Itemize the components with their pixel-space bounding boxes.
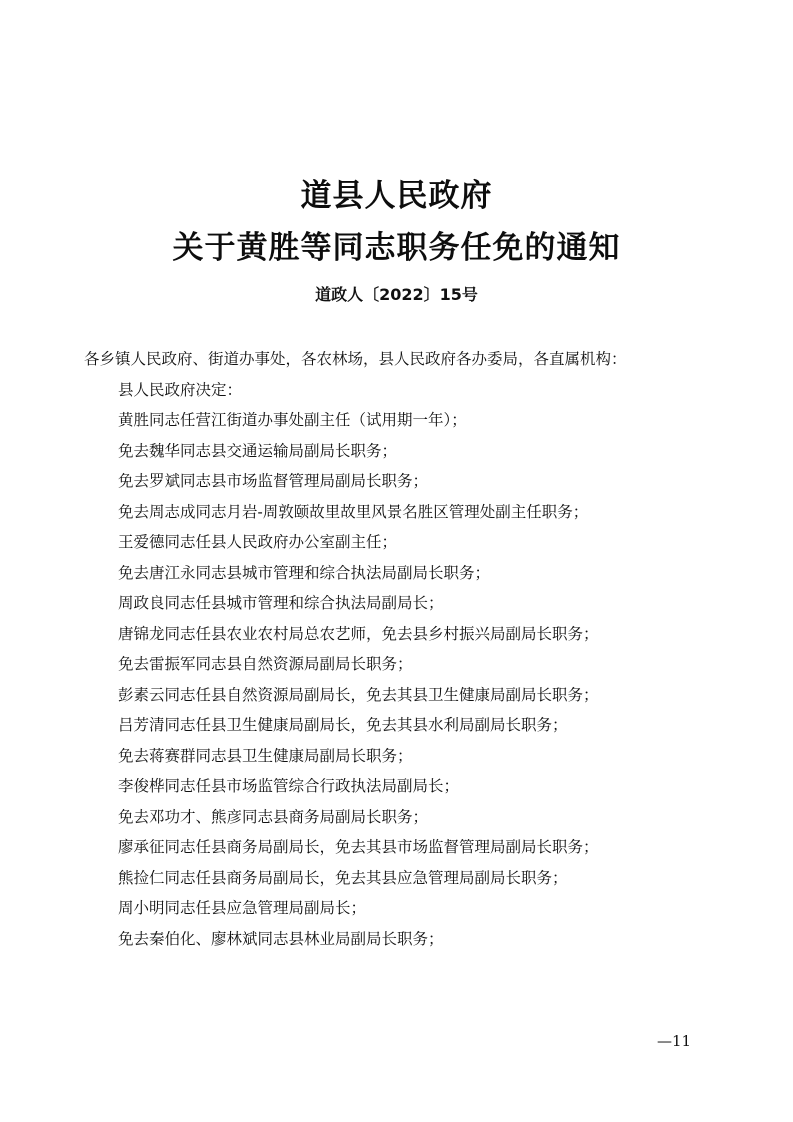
- paragraph: 免去唐江永同志县城市管理和综合执法局副局长职务；: [84, 558, 724, 589]
- paragraph: 免去周志成同志月岩-周敦颐故里故里风景名胜区管理处副主任职务；: [84, 497, 724, 528]
- paragraph: 免去邓功才、熊彦同志县商务局副局长职务；: [84, 802, 724, 833]
- paragraph: 廖承征同志任县商务局副局长，免去其县市场监督管理局副局长职务；: [84, 832, 724, 863]
- document-body: 各乡镇人民政府、街道办事处，各农林场，县人民政府各办委局，各直属机构： 县人民政…: [84, 344, 724, 954]
- paragraph: 周小明同志任县应急管理局副局长；: [84, 893, 724, 924]
- paragraph: 吕芳清同志任县卫生健康局副局长，免去其县水利局副局长职务；: [84, 710, 724, 741]
- paragraph: 免去罗斌同志县市场监督管理局副局长职务；: [84, 466, 724, 497]
- paragraph: 彭素云同志任县自然资源局副局长，免去其县卫生健康局副局长职务；: [84, 680, 724, 711]
- document-title-line1: 道县人民政府: [0, 170, 793, 215]
- salutation: 各乡镇人民政府、街道办事处，各农林场，县人民政府各办委局，各直属机构：: [84, 344, 724, 375]
- paragraph: 周政良同志任县城市管理和综合执法局副局长；: [84, 588, 724, 619]
- paragraph: 唐锦龙同志任县农业农村局总农艺师，免去县乡村振兴局副局长职务；: [84, 619, 724, 650]
- paragraph: 免去雷振军同志县自然资源局副局长职务；: [84, 649, 724, 680]
- paragraph: 免去蒋赛群同志县卫生健康局副局长职务；: [84, 741, 724, 772]
- paragraph: 王爱德同志任县人民政府办公室副主任；: [84, 527, 724, 558]
- paragraph: 黄胜同志任营江街道办事处副主任（试用期一年）；: [84, 405, 724, 436]
- paragraph: 熊捡仁同志任县商务局副局长，免去其县应急管理局副局长职务；: [84, 863, 724, 894]
- paragraph: 李俊桦同志任县市场监管综合行政执法局副局长；: [84, 771, 724, 802]
- document-title-line2: 关于黄胜等同志职务任免的通知: [0, 222, 793, 267]
- page-number: —11: [657, 1032, 691, 1050]
- document-number: 道政人〔2022〕15号: [0, 282, 793, 305]
- paragraph: 县人民政府决定：: [84, 375, 724, 406]
- paragraph: 免去魏华同志县交通运输局副局长职务；: [84, 436, 724, 467]
- paragraph: 免去秦伯化、廖林斌同志县林业局副局长职务；: [84, 924, 724, 955]
